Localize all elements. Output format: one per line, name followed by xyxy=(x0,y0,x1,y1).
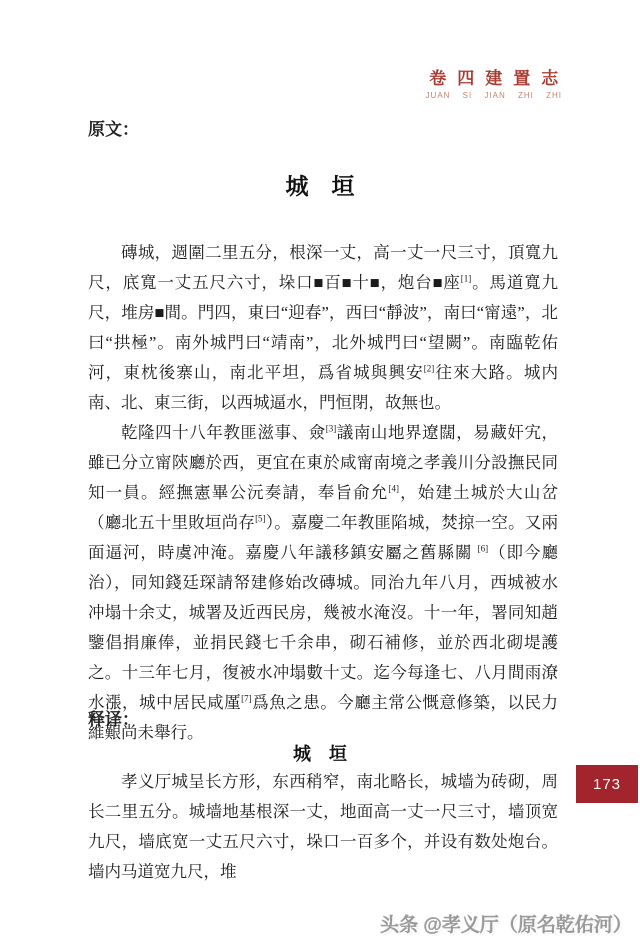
translation-paragraph-1: 孝义厅城呈长方形，东西稍窄，南北略长，城墙为砖砌，周长二里五分。城墙地基根深一丈… xyxy=(88,767,558,887)
translation-section-label: 释译： xyxy=(88,705,139,730)
translation-chapter-title: 城 垣 xyxy=(0,740,640,766)
page-number-badge: 173 xyxy=(576,765,638,803)
original-section-label: 原文： xyxy=(88,115,139,140)
volume-title: 卷四建置志 xyxy=(426,64,573,89)
toutiao-watermark: 头条 @孝义厅（原名乾佑河） xyxy=(380,910,632,937)
volume-header: 卷四建置志 JUAN SI JIAN ZHI ZHI xyxy=(426,64,562,100)
original-chapter-title: 城 垣 xyxy=(0,168,640,201)
volume-pinyin: JUAN SI JIAN ZHI ZHI xyxy=(426,91,562,100)
page-number: 173 xyxy=(593,776,621,793)
original-paragraph-2: 乾隆四十八年教匪滋事、僉[3]議南山地界遼闊，易藏奸宄，雖已分立甯陝廳於西，更宜… xyxy=(88,418,558,748)
original-paragraph-1: 磚城，週圍二里五分，根深一丈，高一丈一尺三寸，頂寬九尺，底寬一丈五尺六寸，垛口■… xyxy=(88,238,558,418)
book-page: 卷四建置志 JUAN SI JIAN ZHI ZHI 原文： 城 垣 磚城，週圍… xyxy=(0,0,640,947)
original-text-block: 磚城，週圍二里五分，根深一丈，高一丈一尺三寸，頂寬九尺，底寬一丈五尺六寸，垛口■… xyxy=(88,238,558,748)
translation-text-block: 孝义厅城呈长方形，东西稍窄，南北略长，城墙为砖砌，周长二里五分。城墙地基根深一丈… xyxy=(88,767,558,887)
